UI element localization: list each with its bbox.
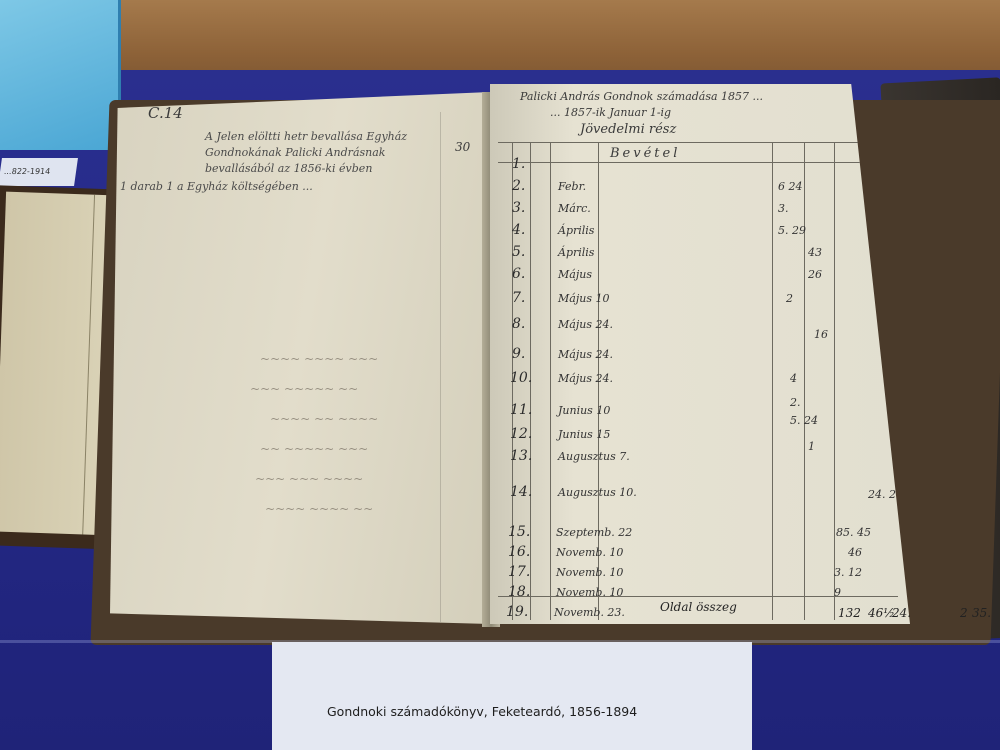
row-date: Május 24. (558, 372, 613, 385)
total-value: 132 (838, 606, 861, 620)
row-date: Márc. (558, 202, 591, 215)
amount: 16 (814, 328, 828, 341)
left-page-line: bevallásából az 1856-ki évben (205, 162, 372, 175)
amount: 46 (848, 546, 862, 559)
amount: 4 (790, 372, 797, 385)
side-exhibit-label: ...822-1914 (0, 158, 78, 186)
row-date: Junius 10 (558, 404, 610, 417)
row-date: Junius 15 (558, 428, 610, 441)
page-number: C.14 (148, 104, 183, 122)
row-number: 9. (512, 346, 525, 362)
amount: 1 (808, 440, 815, 453)
right-header-line: Jövedelmi rész (580, 122, 676, 137)
row-date: Novemb. 23. (554, 606, 625, 619)
total-value: 2 (960, 606, 968, 620)
row-number: 17. (508, 564, 530, 580)
row-date: Április (558, 246, 594, 259)
section-title: Bevétel (610, 146, 680, 161)
exhibit-caption: Gondnoki számadókönyv, Feketeardó, 1856-… (327, 704, 637, 719)
row-date: Augusztus 7. (558, 450, 630, 463)
amount: 24. 2 (868, 488, 896, 501)
row-date: Május 10 (558, 292, 609, 305)
amount: 3. 12 (834, 566, 862, 579)
row-date: Novemb. 10 (556, 586, 623, 599)
left-page-line: 1 darab 1 a Egyház költségében ... (120, 180, 313, 193)
row-number: 19. (506, 604, 528, 620)
row-number: 6. (512, 266, 525, 282)
amount: 43 (808, 246, 822, 259)
row-number: 10. (510, 370, 532, 386)
total-value: 35. (972, 606, 991, 620)
amount: 5. 24 (790, 414, 818, 427)
row-number: 8. (512, 316, 525, 332)
left-page-line: A Jelen elöltti hetr bevallása Egyház (205, 130, 407, 143)
row-date: Április (558, 224, 594, 237)
right-header-line: Palicki András Gondnok számadása 1857 ..… (520, 90, 763, 103)
left-page-line: Gondnokának Palicki Andrásnak (205, 146, 385, 159)
row-number: 16. (508, 544, 530, 560)
left-page-amount: 30 (455, 140, 470, 154)
row-date: Novemb. 10 (556, 546, 623, 559)
row-number: 5. (512, 244, 525, 260)
row-number: 13. (510, 448, 532, 464)
row-number: 15. (508, 524, 530, 540)
row-number: 1. (512, 156, 525, 172)
amount: 6 24 (778, 180, 803, 193)
open-ledger: C.14 30 A Jelen elöltti hetr bevallása E… (90, 92, 1000, 652)
row-number: 14. (510, 484, 532, 500)
exhibit-caption-card: Gondnoki számadókönyv, Feketeardó, 1856-… (272, 642, 752, 750)
amount: 85. 45 (836, 526, 871, 539)
amount: 26 (808, 268, 822, 281)
row-date: Május 24. (558, 348, 613, 361)
total-value: 24. (892, 606, 911, 620)
totals-label: Oldal összeg (660, 600, 737, 614)
row-date: Május (558, 268, 592, 281)
ledger-right-page: Palicki András Gondnok számadása 1857 ..… (490, 84, 910, 624)
total-value: 46½ (868, 606, 895, 620)
row-date: Febr. (558, 180, 586, 193)
row-date: Augusztus 10. (558, 486, 637, 499)
row-number: 7. (512, 290, 525, 306)
ledger-left-page: C.14 30 A Jelen elöltti hetr bevallása E… (110, 92, 490, 624)
row-number: 2. (512, 178, 525, 194)
row-number: 11. (510, 402, 532, 418)
row-date: Novemb. 10 (556, 566, 623, 579)
row-number: 18. (508, 584, 530, 600)
amount: 2. (790, 396, 801, 409)
amount: 5. 29 (778, 224, 806, 237)
amount: 9 (834, 586, 841, 599)
amount: 3. (778, 202, 789, 215)
row-number: 3. (512, 200, 525, 216)
right-header-line: ... 1857-ik Januar 1-ig (550, 106, 671, 119)
row-date: Május 24. (558, 318, 613, 331)
row-number: 4. (512, 222, 525, 238)
amount: 2 (786, 292, 793, 305)
row-date: Szeptemb. 22 (556, 526, 632, 539)
row-number: 12. (510, 426, 532, 442)
